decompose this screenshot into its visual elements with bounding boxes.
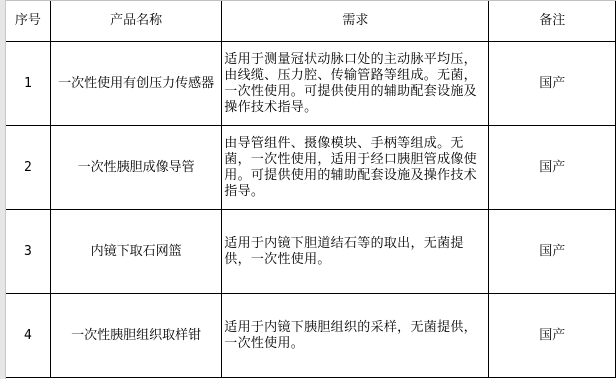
cell-remarks[interactable]: 国产 xyxy=(489,210,616,294)
cell-requirement[interactable]: 由导管组件、摄像模块、手柄等组成。无菌，一次性使用，适用于经口胰胆管成像使用。可… xyxy=(222,126,489,210)
table-row: 3 内镜下取石网篮 适用于内镜下胆道结石等的取出，无菌提供，一次性使用。 国产 xyxy=(6,210,616,294)
requirement-text: 适用于内镜下胰胆组织的采样，无菌提供，一次性使用。 xyxy=(224,320,486,352)
cell-index[interactable]: 4 xyxy=(6,294,50,378)
cell-product-name[interactable]: 一次性胰胆成像导管 xyxy=(50,126,221,210)
product-name-text: 一次性胰胆成像导管 xyxy=(78,160,195,175)
header-row: 序号 产品名称 需求 备注 xyxy=(6,1,616,42)
cell-remarks[interactable]: 国产 xyxy=(489,294,616,378)
cell-remarks[interactable]: 国产 xyxy=(489,42,616,126)
cell-product-name[interactable]: 一次性使用有创压力传感器 xyxy=(50,42,221,126)
requirement-text: 适用于测量冠状动脉口处的主动脉平均压，由线缆、压力腔、传输管路等组成。无菌，一次… xyxy=(224,52,486,116)
requirement-text: 由导管组件、摄像模块、手柄等组成。无菌，一次性使用，适用于经口胰胆管成像使用。可… xyxy=(224,136,486,200)
cell-product-name[interactable]: 内镜下取石网篮 xyxy=(50,210,221,294)
cell-index[interactable]: 2 xyxy=(6,126,50,210)
header-index[interactable]: 序号 xyxy=(6,1,50,42)
header-remarks[interactable]: 备注 xyxy=(489,1,616,42)
product-name-text: 内镜下取石网篮 xyxy=(91,244,182,259)
requirement-text: 适用于内镜下胆道结石等的取出，无菌提供，一次性使用。 xyxy=(224,236,486,268)
cell-requirement[interactable]: 适用于内镜下胰胆组织的采样，无菌提供，一次性使用。 xyxy=(222,294,489,378)
cell-requirement[interactable]: 适用于测量冠状动脉口处的主动脉平均压，由线缆、压力腔、传输管路等组成。无菌，一次… xyxy=(222,42,489,126)
table-row: 4 一次性胰胆组织取样钳 适用于内镜下胰胆组织的采样，无菌提供，一次性使用。 国… xyxy=(6,294,616,378)
spreadsheet-area: 序号 产品名称 需求 备注 1 一次性使用有创压力传感器 适用于测量冠状动脉口处… xyxy=(6,1,616,378)
cell-index[interactable]: 3 xyxy=(6,210,50,294)
cell-remarks[interactable]: 国产 xyxy=(489,126,616,210)
product-name-text: 一次性使用有创压力传感器 xyxy=(58,76,214,91)
header-product-name[interactable]: 产品名称 xyxy=(50,1,221,42)
cell-index[interactable]: 1 xyxy=(6,42,50,126)
cell-product-name[interactable]: 一次性胰胆组织取样钳 xyxy=(50,294,221,378)
product-requirements-table: 序号 产品名称 需求 备注 1 一次性使用有创压力传感器 适用于测量冠状动脉口处… xyxy=(6,1,616,378)
product-name-text: 一次性胰胆组织取样钳 xyxy=(71,328,201,343)
cell-requirement[interactable]: 适用于内镜下胆道结石等的取出，无菌提供，一次性使用。 xyxy=(222,210,489,294)
header-requirement[interactable]: 需求 xyxy=(222,1,489,42)
table-row: 1 一次性使用有创压力传感器 适用于测量冠状动脉口处的主动脉平均压，由线缆、压力… xyxy=(6,42,616,126)
table-row: 2 一次性胰胆成像导管 由导管组件、摄像模块、手柄等组成。无菌，一次性使用，适用… xyxy=(6,126,616,210)
